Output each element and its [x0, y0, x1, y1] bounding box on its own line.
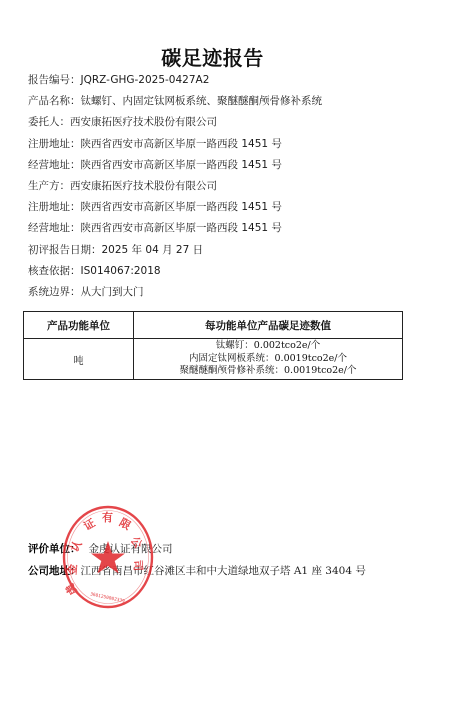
evaluator-label: 评价单位：: [28, 543, 81, 555]
field-value: 从大门到大门: [81, 286, 144, 298]
header-footprint-value: 每功能单位产品碳足迹数值: [134, 312, 403, 339]
field-label: 初评报告日期：: [28, 244, 102, 256]
evaluator-address-label: 公司地址：: [28, 565, 81, 577]
table-header-row: 产品功能单位 每功能单位产品碳足迹数值: [24, 312, 403, 339]
field-value: 钛螺钉、内固定钛网板系统、聚醚醚酮颅骨修补系统: [81, 95, 323, 107]
field-label: 报告编号：: [28, 74, 81, 86]
footprint-value-line: 聚醚醚酮颅骨修补系统：0.0019tco2e/个: [134, 365, 402, 378]
field-product-name: 产品名称：钛螺钉、内固定钛网板系统、聚醚醚酮颅骨修补系统: [28, 91, 428, 112]
svg-text:证: 证: [81, 515, 98, 533]
report-fields: 报告编号：JQRZ-GHG-2025-0427A2 产品名称：钛螺钉、内固定钛网…: [28, 70, 428, 303]
field-manufacturer-business-address: 经营地址：陕西省西安市高新区毕原一路西段 1451 号: [28, 218, 428, 239]
field-label: 产品名称：: [28, 95, 81, 107]
footprint-value-line: 内固定钛网板系统：0.0019tco2e/个: [134, 353, 402, 366]
footprint-value-line: 钛螺钉：0.002tco2e/个: [134, 340, 402, 353]
field-value: 陕西省西安市高新区毕原一路西段 1451 号: [81, 159, 282, 171]
field-label: 经营地址：: [28, 222, 81, 234]
svg-text:限: 限: [117, 515, 134, 533]
field-label: 生产方：: [28, 180, 70, 192]
cell-footprint-values: 钛螺钉：0.002tco2e/个 内固定钛网板系统：0.0019tco2e/个 …: [134, 339, 403, 380]
table-row: 吨 钛螺钉：0.002tco2e/个 内固定钛网板系统：0.0019tco2e/…: [24, 339, 403, 380]
svg-text:有: 有: [102, 510, 113, 524]
cell-functional-unit: 吨: [24, 339, 134, 380]
field-manufacturer-registered-address: 注册地址：陕西省西安市高新区毕原一路西段 1451 号: [28, 197, 428, 218]
field-value: 西安康拓医疗技术股份有限公司: [70, 116, 217, 128]
field-verification-basis: 核查依据：IS014067:2018: [28, 261, 428, 282]
carbon-footprint-table: 产品功能单位 每功能单位产品碳足迹数值 吨 钛螺钉：0.002tco2e/个 内…: [23, 311, 403, 380]
field-label: 注册地址：: [28, 201, 81, 213]
svg-text:虔: 虔: [62, 581, 80, 598]
field-label: 注册地址：: [28, 138, 81, 150]
field-client-business-address: 经营地址：陕西省西安市高新区毕原一路西段 1451 号: [28, 155, 428, 176]
evaluator-address-value: 江西省南昌市红谷滩区丰和中大道绿地双子塔 A1 座 3404 号: [81, 565, 366, 577]
field-value: 西安康拓医疗技术股份有限公司: [70, 180, 217, 192]
field-client: 委托人：西安康拓医疗技术股份有限公司: [28, 112, 428, 133]
field-label: 经营地址：: [28, 159, 81, 171]
field-manufacturer: 生产方：西安康拓医疗技术股份有限公司: [28, 176, 428, 197]
evaluator-value: 金虔认证有限公司: [89, 543, 173, 555]
field-report-number: 报告编号：JQRZ-GHG-2025-0427A2: [28, 70, 428, 91]
field-value: IS014067:2018: [81, 265, 161, 277]
field-value: 陕西省西安市高新区毕原一路西段 1451 号: [81, 138, 282, 150]
field-label: 核查依据：: [28, 265, 81, 277]
field-value: 陕西省西安市高新区毕原一路西段 1451 号: [81, 201, 282, 213]
red-company-seal-icon: 认 证 有 限 公 司 金 虔 3601250002339: [62, 505, 154, 609]
field-label: 系统边界：: [28, 286, 81, 298]
evaluator-row: 评价单位：金虔认证有限公司: [28, 541, 173, 556]
field-value: JQRZ-GHG-2025-0427A2: [81, 74, 210, 86]
evaluator-address-row: 公司地址：江西省南昌市红谷滩区丰和中大道绿地双子塔 A1 座 3404 号: [28, 563, 366, 578]
page-title: 碳足迹报告: [0, 42, 425, 71]
header-functional-unit: 产品功能单位: [24, 312, 134, 339]
field-client-registered-address: 注册地址：陕西省西安市高新区毕原一路西段 1451 号: [28, 134, 428, 155]
field-value: 2025 年 04 月 27 日: [102, 244, 204, 256]
field-label: 委托人：: [28, 116, 70, 128]
svg-text:3601250002339: 3601250002339: [90, 591, 126, 604]
field-system-boundary: 系统边界：从大门到大门: [28, 282, 428, 303]
field-initial-report-date: 初评报告日期：2025 年 04 月 27 日: [28, 240, 428, 261]
field-value: 陕西省西安市高新区毕原一路西段 1451 号: [81, 222, 282, 234]
